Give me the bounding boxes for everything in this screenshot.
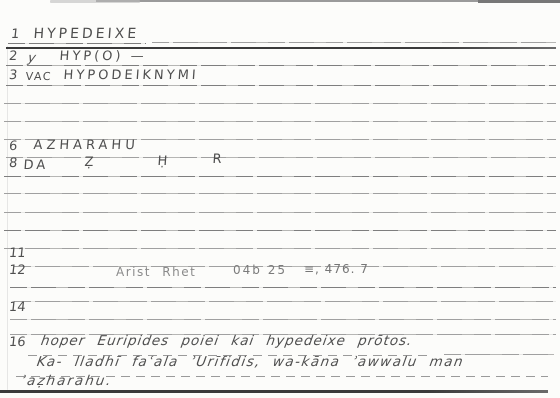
entry-16-greek: hoper Euripides poiei kai hypedeixe prōt… [40, 335, 414, 349]
line-number-11: 11 [8, 247, 26, 260]
entry-3-form: HYPODEIKNYMI [63, 69, 199, 82]
scan-smudge [50, 0, 140, 3]
entry-2-gloss: y [27, 52, 37, 65]
rule-heavy-bottom [0, 390, 548, 393]
rule-3 [6, 85, 556, 86]
rule-10 [4, 212, 556, 213]
entry-12-ref: ≡, 476. 7 [304, 263, 369, 275]
line-number-16: 16 [8, 336, 26, 349]
entry-8-gloss: DA [23, 159, 49, 172]
rule-4 [4, 103, 556, 104]
entry-12-locus: 04b 25 [233, 264, 287, 276]
entry-12-work: Arist Rhet [116, 266, 196, 278]
entry-8-root-3: R [212, 153, 225, 166]
line-number-14: 14 [8, 301, 26, 314]
rule-15 [14, 301, 556, 302]
entry-6-headword: AZHARAHU [33, 139, 139, 152]
line-number-1: 1 [10, 28, 20, 41]
line-number-2: 2 [8, 50, 18, 63]
scan-left-edge [7, 46, 8, 390]
rule-5 [4, 121, 556, 122]
rule-16 [10, 319, 556, 320]
scanned-index-card: 1 HYPEDEIXE 2 y HYP(O) — 3 VAC HYPODEIKN… [0, 0, 560, 398]
line-number-12: 12 [8, 264, 26, 277]
rule-9 [4, 193, 556, 194]
rule-11 [4, 230, 556, 231]
line-number-8: 8 [8, 157, 18, 170]
entry-8-root-2: Ḥ [157, 155, 171, 168]
entry-3-gloss: VAC [25, 71, 52, 82]
rule-8 [4, 176, 556, 177]
rule-12 [4, 248, 556, 249]
rule-underline-1a [8, 43, 146, 44]
line-number-3: 3 [8, 69, 18, 82]
line-number-6: 6 [8, 140, 18, 153]
rule-underline-1b [152, 42, 556, 43]
entry-16-arabic-line-2: ʾaẓharahu. [20, 375, 114, 389]
entry-16-arabic-line-1: Ka- lladhī faʿala ʾUrīfidis, wa-kāna ʾaw… [36, 356, 465, 370]
rule-2 [6, 65, 556, 66]
entry-1-headword: HYPEDEIXE [33, 27, 140, 41]
scan-top-right-edge [478, 0, 560, 3]
entry-2-form: HYP(O) — [59, 50, 147, 63]
rule-14 [10, 287, 556, 288]
entry-8-root-1: Ẓ [84, 156, 97, 169]
